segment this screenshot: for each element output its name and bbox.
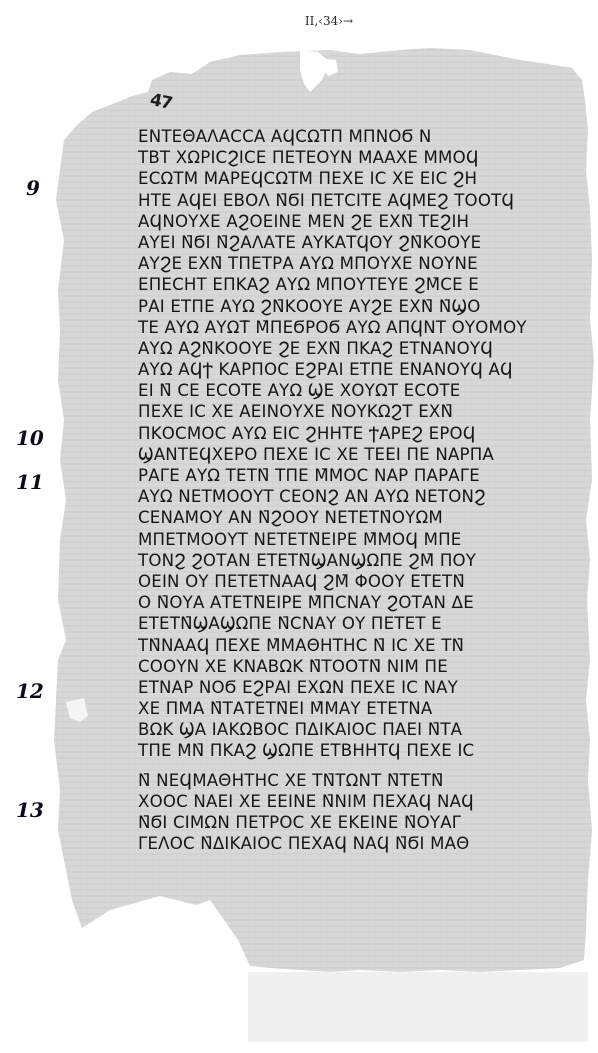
text-line: ΡΑΓΕ ΑΥΩ ΤΕΤΝ̄ ΤΠΕ Μ̄ΜΟC ΝΑΡ ΠΑΡΑΓΕ [138, 466, 568, 487]
text-line: ΠΚΟCΜΟC ΑΥΩ ΕΙC ϨΗΗΤΕ ϮΑΡΕϨ ΕΡΟϤ [138, 424, 568, 445]
text-line: ΕCΩΤΜ ΜΑΡΕϤCΩΤΜ ΠΕΧΕ ΙC ΧΕ ΕΙC ϨΗ [138, 169, 568, 190]
text-line: Ν̄ϬΙ CΙΜΩΝ ΠΕΤΡΟC ΧΕ ΕΚΕΙΝΕ Ν̄ΟΥΑΓ [138, 813, 568, 834]
text-line: CΕΝΑΜΟΥ ΑΝ Ν̄ϨΟΟΥ ΝΕΤΕΤΝ̄ΟΥΩΜ [138, 508, 568, 529]
saying-number-12: 12 [16, 679, 44, 703]
text-line: ΕΙ Ν̄ CΕ ΕCΟΤΕ ΑΥΩ ϢΕ ΧΟΥΩΤ ΕCΟΤΕ [138, 381, 568, 402]
text-line: ΡΑΙ ΕΤΠΕ ΑΥΩ ϨΝ̄ΚΟΟΥΕ ΑΥϨΕ ΕΧΝ̄ Ν̄ϢΟ [138, 297, 568, 318]
text-line: Ο Ν̄ΟΥΑ ΑΤΕΤΝ̄ΕΙΡΕ Μ̄ΠCΝΑΥ ϨΟΤΑΝ ΔΕ [138, 593, 568, 614]
text-line: ΤΕ ΑΥΩ ΑΥΩΤ̄ Μ̄ΠΕϬΡΟϬ ΑΥΩ ΑΠϤΝΤ ΟΥΟΜΟΥ [138, 318, 568, 339]
saying-number-10: 10 [16, 426, 44, 450]
text-line: ΧΟΟC ΝΑΕΙ ΧΕ ΕΕΙΝΕ Ν̄ΝΙΜ ΠΕΧΑϤ ΝΑϤ [138, 792, 568, 813]
text-line: ΤΒΤ ΧΩΡΙCϨΙCΕ ΠΕΤΕΟΥΝ ΜΑΑΧΕ ΜΜΟϤ [138, 148, 568, 169]
text-line: ΓΕΛΟC Ν̄ΔΙΚΑΙΟC ΠΕΧΑϤ ΝΑϤ Ν̄ϬΙ ΜΑΘ [138, 834, 568, 855]
saying-number-13: 13 [16, 798, 44, 822]
text-line: ϢΑΝΤΕϤΧΕΡΟ ΠΕΧΕ ΙC ΧΕ ΤΕΕΙ ΠΕ ΝΑΡΠΑ [138, 445, 568, 466]
text-line: ΑΥΩ ΑϤϮ ΚΑΡΠΟC ΕϨΡΑΙ ΕΤΠΕ ΕΝΑΝΟΥϤ ΑϤ [138, 360, 568, 381]
text-line: ΕΠΕCΗΤ ΕΠΚΑϨ ΑΥΩ ΜΠΟΥΤΕΥΕ ϨΜ̄CΕ Ε [138, 275, 568, 296]
text-line: ΜΠΕΤΜΟΟΥΤ ΝΕΤΕΤΝ̄ΕΙΡΕ Μ̄ΜΟϤ ΜΠΕ [138, 530, 568, 551]
papyrus-leaf: 47 ΕΝΤΕΘΑΛΑCCΑ ΑϤCΩΤΠ ΜΠΝΟϬ Ν ΤΒΤ ΧΩΡΙCϨ… [0, 0, 598, 1053]
text-line: ΑϤΝΟΥΧΕ ΑϨΟΕΙΝΕ ΜΕΝ ϨΕ ΕΧΝ̄ ΤΕϨΙΗ [138, 212, 568, 233]
text-line: ΕΤΝΑΡ ΝΟϬ ΕϨΡΑΙ ΕΧΩΝ ΠΕΧΕ ΙC ΝΑΥ [138, 678, 568, 699]
text-line: Ν̄ ΝΕϤΜΑΘΗΤΗC ΧΕ ΤΝ̄ΤΩΝΤ Ν̄ΤΕΤΝ̄ [138, 771, 568, 792]
text-line: ΧΕ ΠΜΑ Ν̄ΤΑΤΕΤΝ̄ΕΙ Μ̄ΜΑΥ ΕΤΕΤΝΑ [138, 699, 568, 720]
page-number: 47 [148, 90, 173, 114]
text-line: ΑΥϨΕ ΕΧΝ̄ ΤΠΕΤΡΑ ΑΥΩ ΜΠΟΥΧΕ ΝΟΥΝΕ [138, 254, 568, 275]
text-line: ΑΥΩ ΝΕΤΜΟΟΥΤ CΕΟΝϨ ΑΝ ΑΥΩ ΝΕΤΟΝϨ [138, 487, 568, 508]
text-line: ΒΩΚ ϢΑ ΙΑΚΩΒΟC ΠΔΙΚΑΙΟC ΠΑΕΙ Ν̄ΤΑ [138, 720, 568, 741]
coptic-text-block: ΕΝΤΕΘΑΛΑCCΑ ΑϤCΩΤΠ ΜΠΝΟϬ Ν ΤΒΤ ΧΩΡΙCϨΙCΕ… [138, 127, 578, 855]
text-line: CΟΟΥΝ ΧΕ ΚΝΑΒΩΚ Ν̄ΤΟΟΤΝ̄ ΝΙΜ ΠΕ [138, 657, 568, 678]
text-line: ΤΠΕ ΜΝ̄ ΠΚΑϨ ϢΩΠΕ ΕΤΒΗΗΤϤ ΠΕΧΕ ΙC [138, 741, 568, 762]
text-line: ΑΥΕΙ Ν̄ϬΙ Ν̄ϨΑΛΑΤΕ ΑΥΚΑΤϤΟΥ ϨΝ̄ΚΟΟΥΕ [138, 233, 568, 254]
saying-number-9: 9 [26, 176, 40, 200]
text-line: ΕΤΕΤΝ̄ϢΑϢΩΠΕ Ν̄CΝΑΥ ΟΥ ΠΕΤΕΤ Ε [138, 614, 568, 635]
text-line: ΑΥΩ ΑϨΝ̄ΚΟΟΥΕ ϨΕ ΕΧΝ̄ ΠΚΑϨ ΕΤΝΑΝΟΥϤ [138, 339, 568, 360]
text-line: ΕΝΤΕΘΑΛΑCCΑ ΑϤCΩΤΠ ΜΠΝΟϬ Ν [138, 127, 568, 148]
text-line: ΠΕΧΕ ΙC ΧΕ ΑΕΙΝΟΥΧΕ Ν̄ΟΥΚΩϨΤ ΕΧΝ̄ [138, 402, 568, 423]
saying-number-11: 11 [16, 470, 44, 494]
text-line: ΤΝ̄ΝΑΑϤ ΠΕΧΕ Μ̄ΜΑΘΗΤΗC Ν̄ ΙC ΧΕ ΤΝ̄ [138, 636, 568, 657]
text-line: ΗΤΕ ΑϤΕΙ ΕΒΟΛ Ν̄ϬΙ ΠΕΤCΙΤΕ ΑϤΜΕϨ ΤΟΟΤϤ [138, 191, 568, 212]
text-line: ΟΕΙΝ ΟΥ ΠΕΤΕΤΝΑΑϤ ϨΜ̄ ΦΟΟΥ ΕΤΕΤΝ̄ [138, 572, 568, 593]
text-line: ΤΟΝϨ ϨΟΤΑΝ ΕΤΕΤΝ̄ϢΑΝϢΩΠΕ ϨΜ̄ ΠΟΥ [138, 551, 568, 572]
